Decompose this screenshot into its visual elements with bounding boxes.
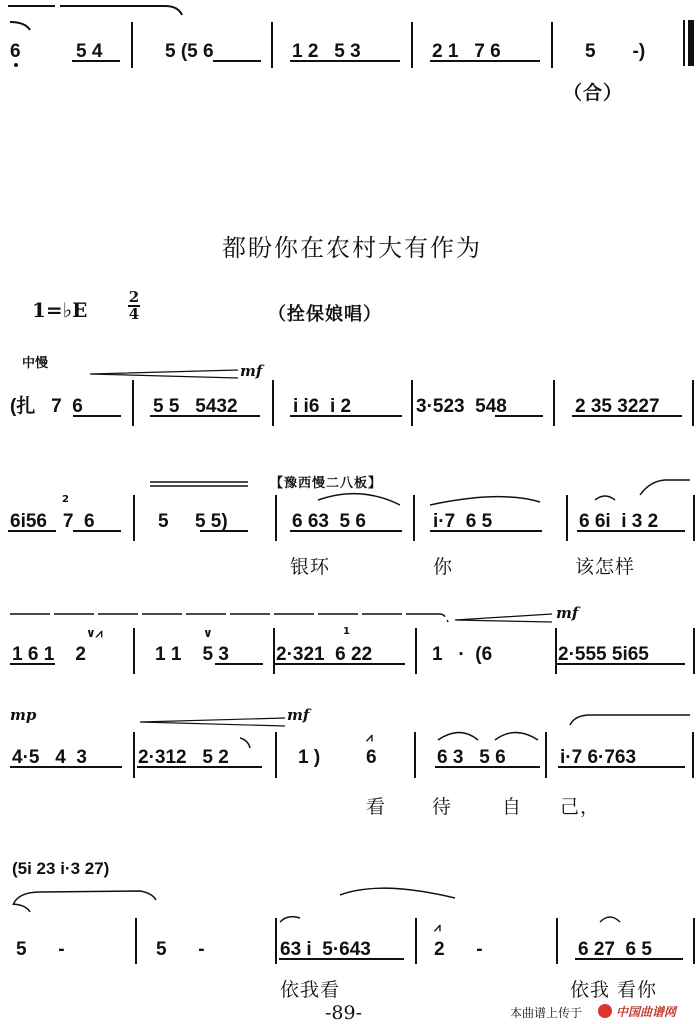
underline [557,663,685,665]
dynamic-mf: mf [287,706,309,724]
underline [72,60,120,62]
watermark-site[interactable]: 中国曲谱网 [616,1003,676,1020]
underline [275,663,405,665]
barline [411,380,413,426]
note: 63 i 5·643 [280,940,371,959]
note: 6 [10,42,21,61]
barline [131,22,133,68]
note: 2 - [434,940,483,959]
barline [135,918,137,964]
lyric: 银环 [290,552,330,579]
note: 1 ) [298,748,320,767]
note: 2 1 7 6 [432,42,501,61]
underline [215,663,263,665]
note: 1 2 5 3 [292,42,361,61]
note: 2·321 6 22 [276,645,372,664]
note: 2·312 5 2 [138,748,229,767]
barline [415,918,417,964]
breath-mark-icon: ∨ [203,626,213,640]
lyric: 看 [366,792,386,819]
site-logo-icon [598,1004,612,1018]
lyric: 你 [433,552,453,579]
underline [10,663,55,665]
barline [411,22,413,68]
dynamic-mf: mf [240,362,262,380]
note: 5 4 [76,42,102,61]
note: 1 1 5 3 [155,645,229,664]
underline [73,530,121,532]
underline [435,766,540,768]
barline [551,22,553,68]
lyric: 依我看 [280,975,340,1002]
chorus-annotation: （合） [563,78,623,105]
mordent-icon: ⩘ [434,920,441,935]
underline [279,958,404,960]
barline [556,918,558,964]
note: i i6 i 2 [293,397,351,416]
note: 2·555 5i65 [558,645,649,664]
underline [10,766,122,768]
barline [693,495,695,541]
barline [566,495,568,541]
note: 2 35 3227 [575,397,660,416]
barline [132,380,134,426]
underline [73,415,121,417]
underline [137,766,262,768]
barline [271,22,273,68]
barline [553,380,555,426]
underline [575,958,683,960]
barline [273,628,275,674]
barline [415,628,417,674]
breath-mark-icon: ∨⩘ [86,626,103,641]
barline [413,495,415,541]
page-number: -89- [325,1002,362,1024]
barline [545,732,547,778]
underline [290,60,400,62]
underline [558,766,685,768]
barline [133,495,135,541]
note: 5 - [16,940,65,959]
lyric: 依我 看你 [570,975,657,1002]
singer-label: （拴保娘唱） [268,300,382,326]
interlude: (5i 23 i·3 27) [12,860,109,877]
note: 6 6i i 3 2 [579,512,658,531]
mordent-icon: ⩘ [366,730,373,745]
note: 3·523 548 [416,397,507,416]
barline [692,380,694,426]
barline [133,628,135,674]
underline [577,530,685,532]
barline [693,628,695,674]
note: 5 (5 6 [165,42,214,61]
note: 6 3 5 6 [437,748,506,767]
note: 5 5 5432 [153,397,238,416]
dynamic-mf: mf [556,604,578,622]
barline [692,732,694,778]
barline [414,732,416,778]
barline [275,732,277,778]
underline [290,530,402,532]
grace-note: 1 [343,626,350,637]
barline [133,732,135,778]
underline [8,530,56,532]
grace-note: 2 [62,494,69,505]
watermark-text: 本曲谱上传于 [510,1004,582,1021]
note: 6i56 7 6 [10,512,95,531]
barline [272,380,274,426]
note: 5 -) [585,42,645,61]
barline [275,495,277,541]
underline [430,60,540,62]
note: 6 63 5 6 [292,512,366,531]
underline [572,415,682,417]
aria-type-label: 【豫西慢二八板】 [270,472,382,491]
lyric: 自 [502,792,522,819]
note: 5 - [156,940,205,959]
lyric: 待 [432,792,452,819]
note: i·7 6 5 [433,512,492,531]
lyric: 己， [560,792,600,819]
barline [693,918,695,964]
low-octave-dot [14,63,18,67]
barline [275,918,277,964]
time-signature: 2 4 [128,290,140,322]
key-signature: 1=♭E [32,298,87,322]
underline [200,530,248,532]
tempo-marking: 中慢 [22,352,48,371]
note: 5 5 5) [158,512,228,531]
barline [555,628,557,674]
note: 1 · (6 [432,645,492,664]
underline [495,415,543,417]
lyric: 该怎样 [575,552,635,579]
note: (扎 7 6 [10,397,83,416]
underline [150,415,260,417]
underline [290,415,402,417]
note: 6 27 6 5 [578,940,652,959]
underline [430,530,542,532]
note: 1 6 1 2 [12,645,86,664]
underline [213,60,261,62]
note: i·7 6·763 [560,748,636,767]
dynamic-mp: mp [10,706,36,724]
note: 4·5 4 3 [12,748,87,767]
song-title: 都盼你在农村大有作为 [222,228,482,263]
note: 6 [366,748,377,767]
